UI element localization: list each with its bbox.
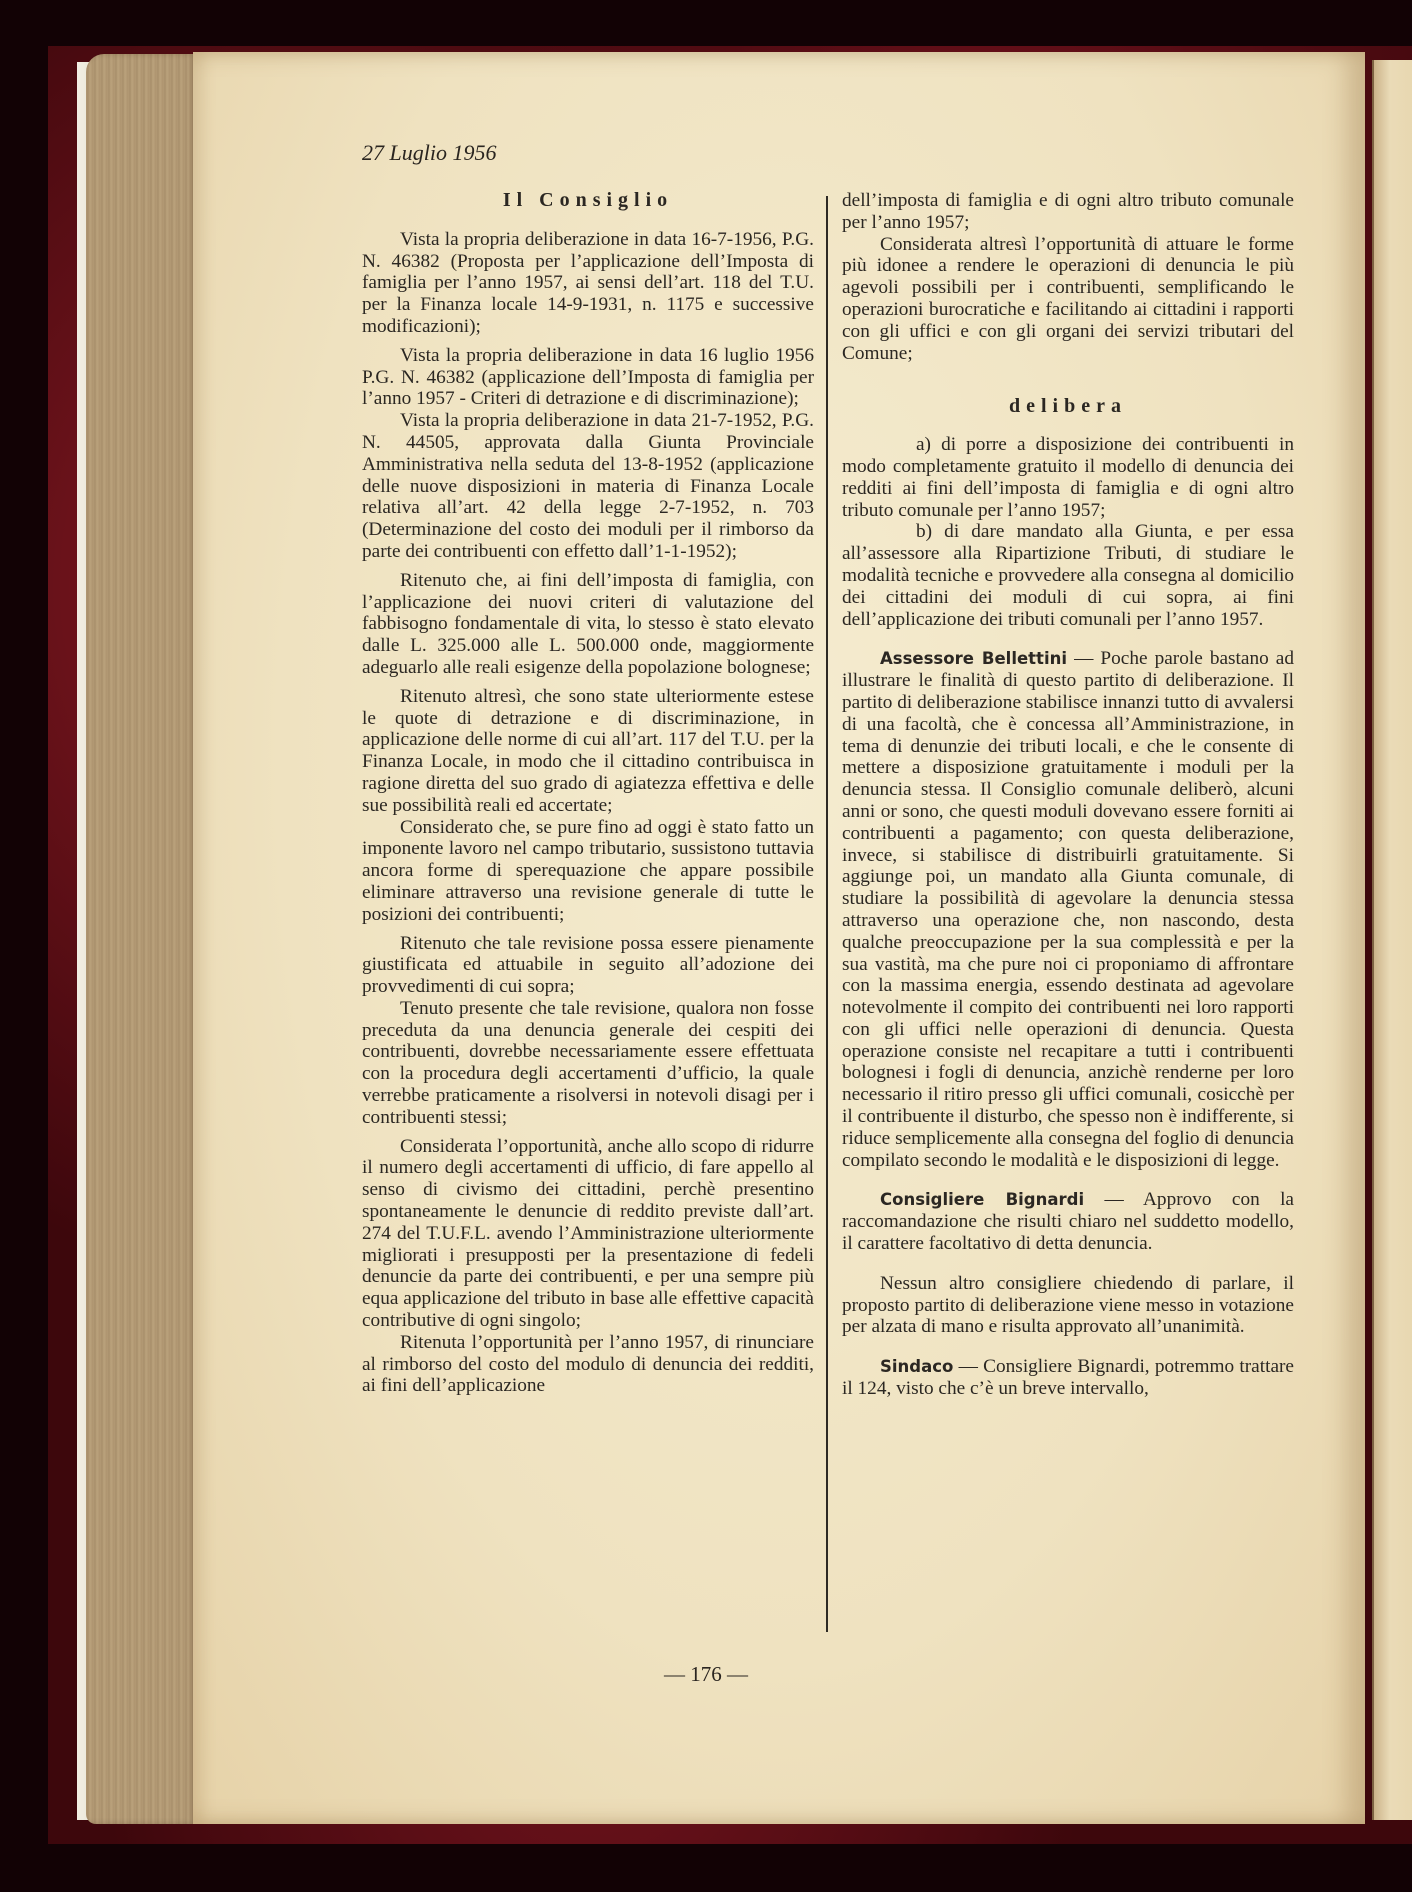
resolution-item-a: a) di porre a disposizione dei contribue… bbox=[842, 434, 1294, 521]
column-divider bbox=[826, 196, 828, 1632]
section-heading-delibera: delibera bbox=[842, 396, 1294, 418]
paragraph: Considerata altresì l’opportunità di att… bbox=[842, 234, 1294, 365]
paragraph-continuation: dell’imposta di famiglia e di ogni altro… bbox=[842, 190, 1294, 234]
speaker-name: Sindaco bbox=[880, 1357, 953, 1376]
paragraph: Considerato che, se pure fino ad oggi è … bbox=[362, 817, 814, 926]
resolution-item-b: b) di dare mandato alla Giunta, e per es… bbox=[842, 521, 1294, 630]
left-column: Il Consiglio Vista la propria deliberazi… bbox=[362, 190, 814, 1397]
paragraph: Vista la propria deliberazione in data 2… bbox=[362, 410, 814, 563]
speech-bignardi: Consigliere Bignardi — Approvo con la ra… bbox=[842, 1189, 1294, 1254]
paragraph: Ritenuto che tale revisione possa essere… bbox=[362, 933, 814, 998]
speech-text: — Poche parole bastano ad illustrare le … bbox=[842, 648, 1294, 1170]
paragraph: Considerata l’opportunità, anche allo sc… bbox=[362, 1136, 814, 1332]
page-edges bbox=[86, 54, 196, 1824]
page-number: — 176 — bbox=[0, 1662, 1412, 1687]
paragraph: Vista la propria deliberazione in data 1… bbox=[362, 345, 814, 410]
speaker-name: Assessore Bellettini bbox=[880, 649, 1067, 668]
speech-bellettini: Assessore Bellettini — Poche parole bast… bbox=[842, 648, 1294, 1171]
running-header-date: 27 Luglio 1956 bbox=[362, 140, 496, 166]
paragraph: Vista la propria deliberazione in data 1… bbox=[362, 229, 814, 338]
paragraph: Ritenuta l’opportunità per l’anno 1957, … bbox=[362, 1332, 814, 1397]
paragraph: Ritenuto altresì, che sono state ulterio… bbox=[362, 686, 814, 817]
next-page-edge bbox=[1372, 60, 1412, 1820]
vote-outcome: Nessun altro consigliere chiedendo di pa… bbox=[842, 1273, 1294, 1338]
right-column: dell’imposta di famiglia e di ogni altro… bbox=[842, 190, 1294, 1400]
paragraph: Ritenuto che, ai fini dell’imposta di fa… bbox=[362, 570, 814, 679]
speech-sindaco: Sindaco — Consigliere Bignardi, potremmo… bbox=[842, 1356, 1294, 1400]
section-heading-consiglio: Il Consiglio bbox=[362, 190, 814, 212]
paragraph: Tenuto presente che tale revisione, qual… bbox=[362, 998, 814, 1129]
speaker-name: Consigliere Bignardi bbox=[880, 1190, 1084, 1209]
